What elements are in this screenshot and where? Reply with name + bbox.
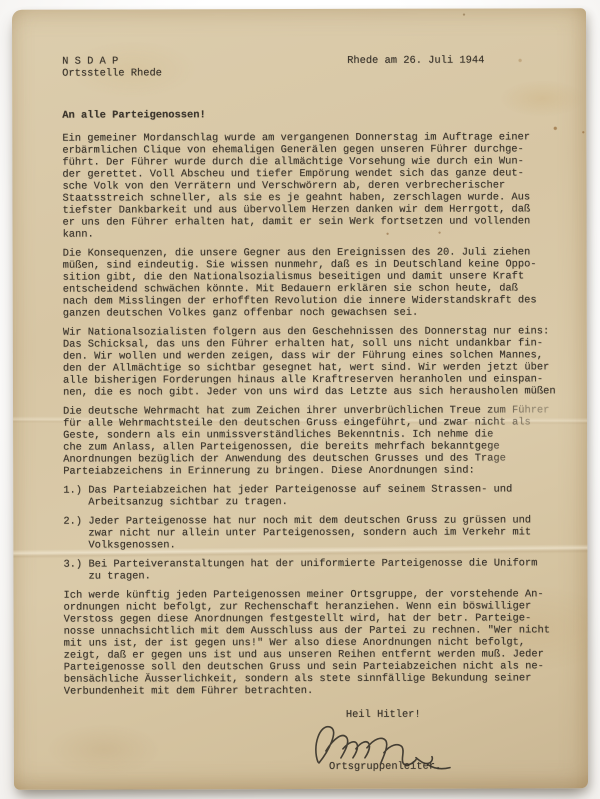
document-page: N S D A P Ortsstelle Rhede Rhede am 26. … — [12, 8, 588, 790]
order-text: Das Parteiabzeichen hat jeder Parteigeno… — [88, 483, 512, 508]
org-office: Ortsstelle Rhede — [62, 66, 558, 79]
order-number: 3.) — [63, 559, 88, 583]
order-text: Jeder Parteigenosse hat nur noch mit dem… — [88, 514, 531, 551]
letter-paragraph-3: Wir Nationalsozialisten folgern aus den … — [63, 325, 559, 398]
order-number: 2.) — [63, 516, 88, 552]
letter-content: N S D A P Ortsstelle Rhede Rhede am 26. … — [12, 8, 588, 790]
letterhead: N S D A P Ortsstelle Rhede Rhede am 26. … — [62, 54, 558, 79]
order-number: 1.) — [63, 485, 88, 509]
letter-paragraph-1: Ein gemeiner Mordanschlag wurde am verga… — [62, 131, 558, 240]
salutation-line: An alle Parteigenossen! — [62, 108, 558, 121]
photo-background: N S D A P Ortsstelle Rhede Rhede am 26. … — [0, 0, 600, 799]
order-item-3: 3.) Bei Parteiveranstaltungen hat der un… — [63, 557, 559, 582]
signatory-title: Ortsgruppenleiter. — [329, 761, 441, 773]
date-line: Rhede am 26. Juli 1944 — [347, 55, 484, 67]
order-item-2: 2.) Jeder Parteigenosse hat nur noch mit… — [63, 514, 559, 551]
letter-paragraph-4: Die deutsche Wehrmacht hat zum Zeichen i… — [63, 404, 559, 477]
order-item-1: 1.) Das Parteiabzeichen hat jeder Partei… — [63, 483, 559, 508]
closing-block: Heil Hitler! Ortsgruppenleiter. — [64, 708, 560, 779]
order-text: Bei Parteiveranstaltungen hat der unifor… — [88, 557, 537, 582]
letter-paragraph-5: Ich werde künftig jeden Parteigenossen m… — [63, 588, 559, 697]
letter-paragraph-2: Die Konsequenzen, die unsere Gegner aus … — [63, 246, 559, 319]
